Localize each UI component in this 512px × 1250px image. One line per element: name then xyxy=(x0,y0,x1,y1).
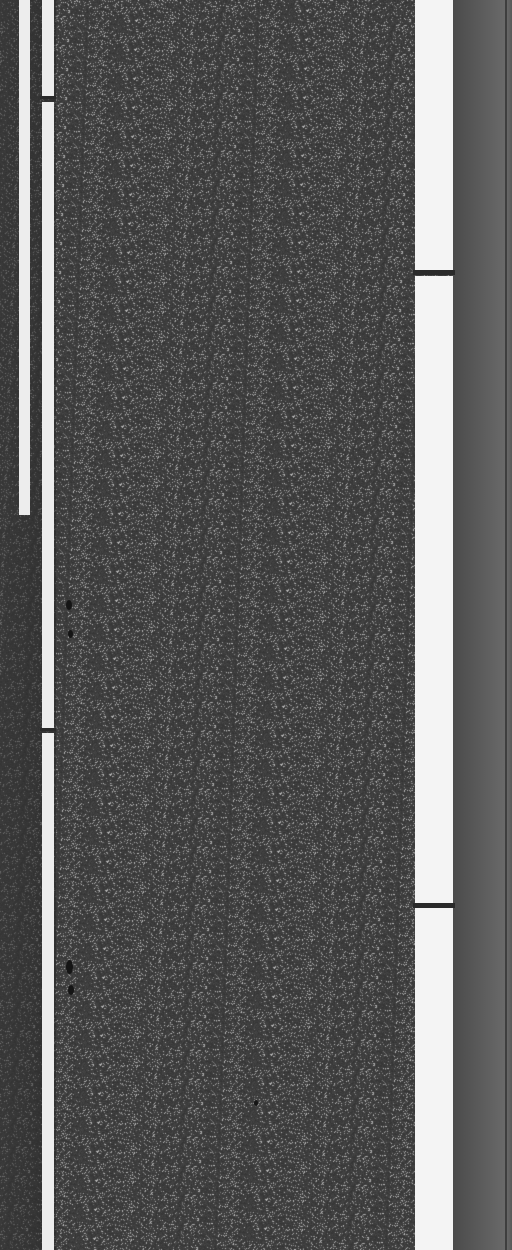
road-scene xyxy=(0,0,512,1250)
oil-stain xyxy=(68,985,74,995)
left-outer-lane-line xyxy=(19,0,30,515)
right-edge-lane-line-segment xyxy=(415,0,453,270)
left-inner-lane-line-segment xyxy=(42,0,54,96)
edge-crack xyxy=(505,0,507,1250)
lane-line-seam xyxy=(413,270,455,275)
oil-stain xyxy=(68,630,73,638)
right-edge-lane-line-segment xyxy=(415,908,453,1250)
oil-stain xyxy=(254,1100,258,1106)
lane-line-seam xyxy=(40,96,56,99)
lane-line-seam xyxy=(40,728,56,731)
oil-stain xyxy=(66,960,73,974)
oil-stain xyxy=(66,600,72,610)
left-inner-lane-line-segment xyxy=(42,102,54,728)
right-shoulder xyxy=(452,0,512,1250)
right-edge-lane-line-segment xyxy=(415,276,453,904)
left-inner-lane-line-segment xyxy=(42,733,54,1250)
